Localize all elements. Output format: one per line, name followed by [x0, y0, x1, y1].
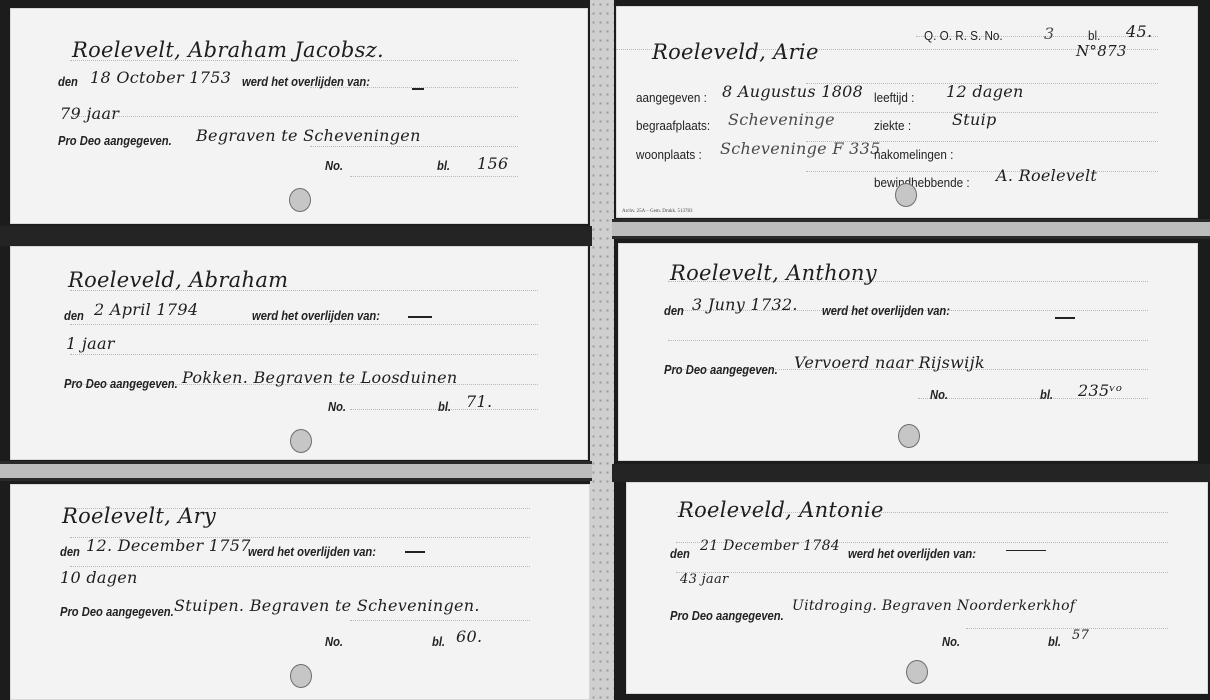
den-label: den: [58, 74, 78, 89]
death-date: 12. December 1757: [86, 536, 251, 555]
den-label: den: [670, 546, 690, 561]
death-date: 18 October 1753: [90, 68, 231, 87]
card-name: Roelevelt, Abraham Jacobsz.: [72, 38, 384, 62]
den-label: den: [60, 544, 80, 559]
band-right-2: [612, 464, 1210, 482]
band-left-1: [0, 226, 592, 246]
overlijden-dash: [1055, 317, 1075, 319]
no-label: No.: [325, 634, 343, 649]
index-card-middle-right: Roelevelt, Anthony den 3 Juny 1732. werd…: [618, 243, 1198, 461]
bl-value: 60.: [456, 627, 482, 646]
leeftijd-label: leeftijd :: [874, 90, 914, 105]
bl-label: bl.: [1040, 387, 1053, 402]
overlijden-dash: [1006, 550, 1046, 551]
overlijden-label: werd het overlijden van:: [822, 303, 950, 318]
age: 1 jaar: [66, 334, 115, 353]
index-card-top-left: Roelevelt, Abraham Jacobsz. den 18 Octob…: [10, 8, 588, 224]
overlijden-dash: [408, 316, 432, 318]
pro-deo-value: Stuipen. Begraven te Scheveningen.: [174, 596, 480, 615]
pro-deo-label: Pro Deo aangegeven.: [664, 362, 778, 377]
pro-deo-value: Begraven te Scheveningen: [196, 126, 421, 145]
ziekte-label: ziekte :: [874, 118, 911, 133]
card-name: Roeleveld, Abraham: [68, 268, 288, 292]
punch-hole: [289, 188, 311, 212]
bl-label: bl.: [1088, 28, 1100, 43]
bl-label: bl.: [437, 158, 450, 173]
no-label: No.: [328, 399, 346, 414]
punch-hole: [895, 183, 917, 207]
aangegeven-value: 8 Augustus 1808: [722, 82, 863, 101]
band-left-2: [0, 461, 592, 481]
punch-hole: [290, 664, 312, 688]
bl-label: bl.: [438, 399, 451, 414]
no-label: No.: [942, 634, 960, 649]
center-divider-strip: [590, 0, 614, 700]
begraafplaats-label: begraafplaats:: [636, 118, 710, 133]
card-name: Roelevelt, Anthony: [670, 261, 877, 285]
begraafplaats-value: Scheveninge: [728, 110, 835, 129]
death-date: 2 April 1794: [94, 300, 198, 319]
overlijden-label: werd het overlijden van:: [848, 546, 976, 561]
bl-value: 71.: [466, 392, 492, 411]
overlijden-dash: [405, 551, 425, 553]
no-label: No.: [325, 158, 343, 173]
bl-value: 45.: [1126, 22, 1152, 41]
pro-deo-label: Pro Deo aangegeven.: [64, 376, 178, 391]
card-name: Roeleveld, Antonie: [678, 498, 884, 522]
death-date: 3 Juny 1732.: [692, 295, 798, 314]
no-label: No.: [930, 387, 948, 402]
ziekte-value: Stuip: [952, 110, 997, 129]
qors-number: 3: [1044, 24, 1054, 43]
nakomelingen-label: nakomelingen :: [874, 147, 953, 162]
punch-hole: [290, 429, 312, 453]
age: 43 jaar: [680, 572, 729, 587]
print-footer: Archv. 25A – Gem. Drukk. 513783: [622, 209, 693, 214]
index-card-bottom-left: Roelevelt, Ary den 12. December 1757 wer…: [10, 484, 590, 700]
card-name: Roeleveld, Arie: [652, 40, 819, 64]
aangegeven-label: aangegeven :: [636, 90, 707, 105]
overlijden-label: werd het overlijden van:: [242, 74, 370, 89]
pro-deo-label: Pro Deo aangegeven.: [60, 604, 174, 619]
bl-value: 57: [1072, 628, 1089, 643]
pro-deo-label: Pro Deo aangegeven.: [670, 608, 784, 623]
pro-deo-value: Pokken. Begraven te Loosduinen: [182, 368, 457, 387]
overlijden-label: werd het overlijden van:: [252, 308, 380, 323]
bl-label: bl.: [1048, 634, 1061, 649]
pro-deo-label: Pro Deo aangegeven.: [58, 133, 172, 148]
woonplaats-label: woonplaats :: [636, 147, 702, 162]
index-card-middle-left: Roeleveld, Abraham den 2 April 1794 werd…: [10, 246, 588, 460]
bl-value: 156: [477, 154, 508, 173]
age: 10 dagen: [60, 568, 138, 587]
qors-label: Q. O. R. S. No.: [924, 28, 1003, 43]
bl-label: bl.: [432, 634, 445, 649]
bewindhebbende-value: A. Roelevelt: [996, 166, 1097, 185]
index-card-bottom-right: Roeleveld, Antonie den 21 December 1784 …: [626, 482, 1208, 694]
overlijden-dash: [412, 88, 424, 90]
bewindhebbende-label: bewindhebbende :: [874, 175, 970, 190]
overlijden-label: werd het overlijden van:: [248, 544, 376, 559]
death-date: 21 December 1784: [700, 538, 840, 554]
index-card-top-right: Q. O. R. S. No. 3 bl. 45. N°873 Roelevel…: [616, 6, 1198, 218]
woonplaats-value: Scheveninge F 335: [720, 139, 881, 158]
bl-value: 235ᵛᵒ: [1078, 381, 1122, 400]
den-label: den: [664, 303, 684, 318]
registry-number: N°873: [1076, 42, 1127, 60]
pro-deo-value: Uitdroging. Begraven Noorderkerkhof: [792, 598, 1075, 614]
band-right-1: [612, 219, 1210, 239]
punch-hole: [906, 660, 928, 684]
pro-deo-value: Vervoerd naar Rijswijk: [794, 353, 985, 372]
punch-hole: [898, 424, 920, 448]
den-label: den: [64, 308, 84, 323]
card-name: Roelevelt, Ary: [62, 504, 216, 528]
leeftijd-value: 12 dagen: [946, 82, 1024, 101]
age: 79 jaar: [60, 104, 119, 123]
